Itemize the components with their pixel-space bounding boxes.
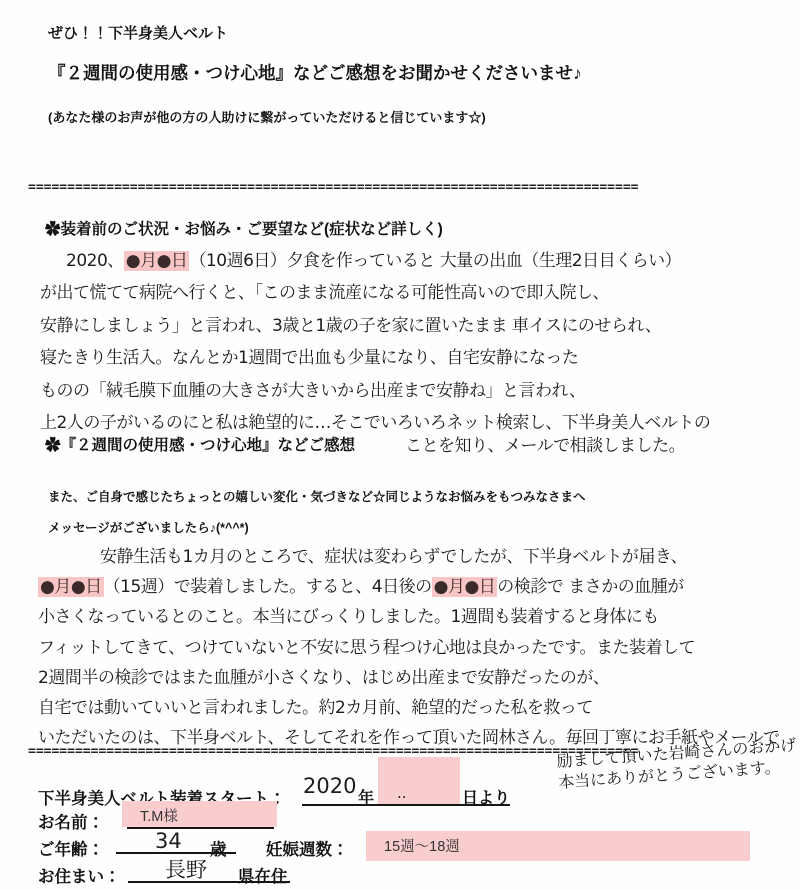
name-value: T.M様 [122,801,277,826]
handwritten-line: 2020、●月●日（10週6日）夕食を作っていると 大量の出血（生理2日目くらい… [40,245,795,277]
handwritten-text: 安静生活も1カ月のところで、症状は変わらずでしたが、下半身ベルトが届き、 [100,547,687,567]
section2-invite-line2: メッセージがございましたら♪(*^^*) [48,518,249,536]
handwritten-line: ものの「絨毛膜下血腫の大きさが大きいから出産まで安静ね」と言われ、 [40,375,795,407]
name-underline [127,827,274,829]
handwritten-line: 安静にしましょう」と言われ、3歳と1歳の子を家に置いたまま 車イスにのせられ、 [40,310,795,342]
residence-value: 長野 [165,854,207,884]
handwritten-text: ものの「絨毛膜下血腫の大きさが大きいから出産まで安静ね」と言われ、 [40,381,586,401]
redacted-day-dots: .. [397,784,407,802]
pregnancy-weeks-label: 妊娠週数： [266,836,349,860]
handwritten-text: の検診で まさかの血腫が [497,577,683,597]
pregnancy-weeks-highlight-box: 15週〜18週 [366,831,750,861]
handwritten-answer-section1: 2020、●月●日（10週6日）夕食を作っていると 大量の出血（生理2日目くらい… [40,245,795,439]
section2-heading: ✿『２週間の使用感・つけ心地』などご感想 [45,433,355,455]
age-label: ご年齢： [38,836,104,860]
handwritten-text: 自宅では動いていいと言われました。約2カ月前、絶望的だった私を救って [38,698,593,718]
handwritten-heading-continuation: ことを知り、メールで相談しました。 [405,431,685,456]
residence-unit-label: 県在住 [238,863,288,887]
age-unit-label: 歳 [210,836,227,860]
divider-line-top: ========================================… [28,180,638,195]
form-subtitle: 『２週間の使用感・つけ心地』などご感想をお聞かせくださいませ♪ [48,60,582,85]
handwritten-text: 小さくなっているとのこと。本当にびっくりしました。1週間も装着すると身体にも [38,607,659,627]
handwritten-line: 寝たきり生活入。なんとか1週間で出血も少量になり、自宅安静になった [40,342,795,374]
form-note: (あなた様のお声が他の方の人助けに繋がっていただけると信じています☆) [48,107,486,126]
start-date-underline [302,804,510,806]
handwritten-line: が出て慌てて病院へ行くと、「このまま流産になる可能性高いので即入院し、 [40,277,795,309]
handwritten-line: ●月●日（15週）で装着しました。すると、4日後の●月●日の検診で まさかの血腫… [38,572,800,602]
handwritten-line: 2週間半の検診ではまた血腫が小さくなり、はじめ出産まで安静だったのが、 [38,663,800,693]
handwritten-text: 2020、 [66,251,124,271]
pregnancy-weeks-value: 15週〜18週 [366,831,750,856]
handwritten-line: 安静生活も1カ月のところで、症状は変わらずでしたが、下半身ベルトが届き、 [38,542,800,572]
redacted-date-highlight: ●月●日 [432,577,498,597]
handwritten-text: 2週間半の検診ではまた血腫が小さくなり、はじめ出産まで安静だったのが、 [38,668,609,688]
age-value: 34 [155,829,182,853]
name-highlight-box: T.M様 [122,801,277,827]
handwritten-line: 自宅では動いていいと言われました。約2カ月前、絶望的だった私を救って [38,693,800,723]
residence-label: お住まい： [38,863,121,887]
handwritten-text: が出て慌てて病院へ行くと、「このまま流産になる可能性高いので即入院し、 [40,283,609,303]
section1-heading: ✿装着前のご状況・お悩み・ご要望など(症状など詳しく) [45,217,443,239]
handwritten-answer-section2: 安静生活も1カ月のところで、症状は変わらずでしたが、下半身ベルトが届き、●月●日… [38,542,800,753]
redacted-date-highlight: ●月●日 [124,251,190,271]
handwritten-text: 安静にしましょう」と言われ、3歳と1歳の子を家に置いたまま 車イスにのせられ、 [40,316,661,336]
handwritten-line: 小さくなっているとのこと。本当にびっくりしました。1週間も装着すると身体にも [38,602,800,632]
redacted-date-highlight: ●月●日 [38,577,104,597]
scanned-feedback-form: ぜひ！！下半身美人ベルト 『２週間の使用感・つけ心地』などご感想をお聞かせくださ… [0,0,800,890]
handwritten-line: フィットしてきて、つけていないと不安に思う程つけ心地は良かったです。また装着して [38,633,800,663]
start-year-value: 2020 [303,774,356,798]
handwritten-text: 寝たきり生活入。なんとか1週間で出血も少量になり、自宅安静になった [40,348,578,368]
handwritten-text: （10週6日）夕食を作っていると 大量の出血（生理2日目くらい） [189,251,681,271]
divider-line-bottom: ========================================… [28,744,638,759]
section2-invite-line1: また、ご自身で感じたちょっとの嬉しい変化・気づきなど☆同じようなお悩みをもつみな… [48,487,586,505]
handwritten-text: （15週）で装着しました。すると、4日後の [104,577,432,597]
name-label: お名前： [38,809,104,833]
form-title: ぜひ！！下半身美人ベルト [48,22,228,43]
handwritten-text: フィットしてきて、つけていないと不安に思う程つけ心地は良かったです。また装着して [38,638,695,658]
redacted-start-date-box [378,757,460,804]
